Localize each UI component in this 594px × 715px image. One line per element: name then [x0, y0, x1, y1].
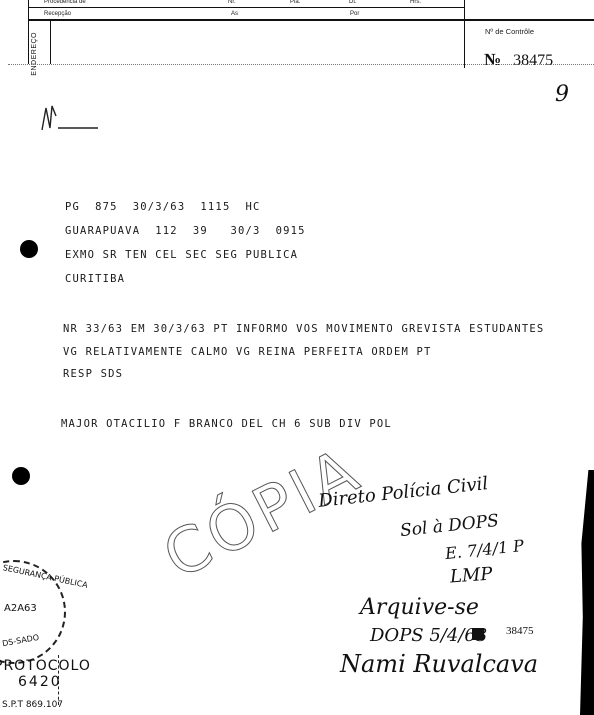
punch-hole [12, 467, 30, 485]
archive-note-1: Arquive-se [360, 595, 479, 620]
handwritten-note-3: E. 7/4/1 P [444, 536, 525, 563]
telegram-body-line-3: RESP SDS [63, 368, 123, 380]
label-hrs: Hrs. [410, 0, 421, 5]
copy-stamp: CÓPIA [152, 433, 372, 593]
form-border-left [28, 0, 29, 64]
control-number-value: 38475 [513, 52, 553, 69]
handwritten-initials: LMP [449, 564, 493, 588]
protocol-number: 6420 [18, 674, 62, 690]
label-endereco: ENDEREÇO [31, 32, 38, 76]
form-row2-line [28, 19, 594, 21]
telegram-header-line-1: PG 875 30/3/63 1115 HC [65, 201, 261, 213]
protocol-label: PROTOCOLO [0, 658, 91, 674]
archive-stamp-number: 38475 [506, 625, 534, 637]
punch-hole [20, 240, 38, 258]
form-row1-line [28, 7, 464, 8]
handwritten-page-number: 9 [555, 82, 569, 107]
control-number: №38475 [484, 50, 553, 70]
archive-note-2: DOPS 5/4/63 [370, 625, 487, 646]
form-border-inner [50, 20, 51, 64]
handwritten-note-2: Sol à DOPS [399, 511, 499, 541]
control-number-label: Nº de Contrôle [485, 27, 534, 36]
telegram-header-line-4: CURITIBA [65, 273, 125, 285]
torn-edge-line [8, 64, 594, 65]
label-nr: Nr. [228, 0, 236, 5]
telegram-body-line-2: VG RELATIVAMENTE CALMO VG REINA PERFEITA… [63, 346, 432, 358]
telegram-header-line-2: GUARAPUAVA 112 39 30/3 0915 [65, 225, 306, 237]
stamp-date: A2A63 [4, 603, 37, 614]
scan-edge [580, 470, 594, 715]
label-dt: Dt. [349, 0, 357, 5]
telegram-form-header: Procedência de Nr. Pla. Dt. Hrs. Recepçã… [0, 0, 594, 72]
form-border-right [464, 0, 465, 68]
label-procedencia: Procedência de [44, 0, 86, 5]
label-por: Por [350, 11, 359, 17]
label-recepcao: Recepção [44, 11, 71, 17]
label-pal: Pla. [290, 0, 300, 5]
numero-sign: № [484, 50, 501, 69]
stamp-footer: S.P.T 869.107 [2, 700, 63, 710]
telegram-header-line-3: EXMO SR TEN CEL SEC SEG PUBLICA [65, 249, 298, 261]
telegram-signature: MAJOR OTACILIO F BRANCO DEL CH 6 SUB DIV… [61, 418, 392, 430]
scribble-mark [38, 100, 58, 130]
label-as: As [231, 11, 238, 17]
ink-blot [472, 628, 484, 640]
telegram-body-line-1: NR 33/63 EM 30/3/63 PT INFORMO VOS MOVIM… [63, 323, 544, 335]
archive-signature: Nami Ruvalcava [340, 650, 538, 678]
